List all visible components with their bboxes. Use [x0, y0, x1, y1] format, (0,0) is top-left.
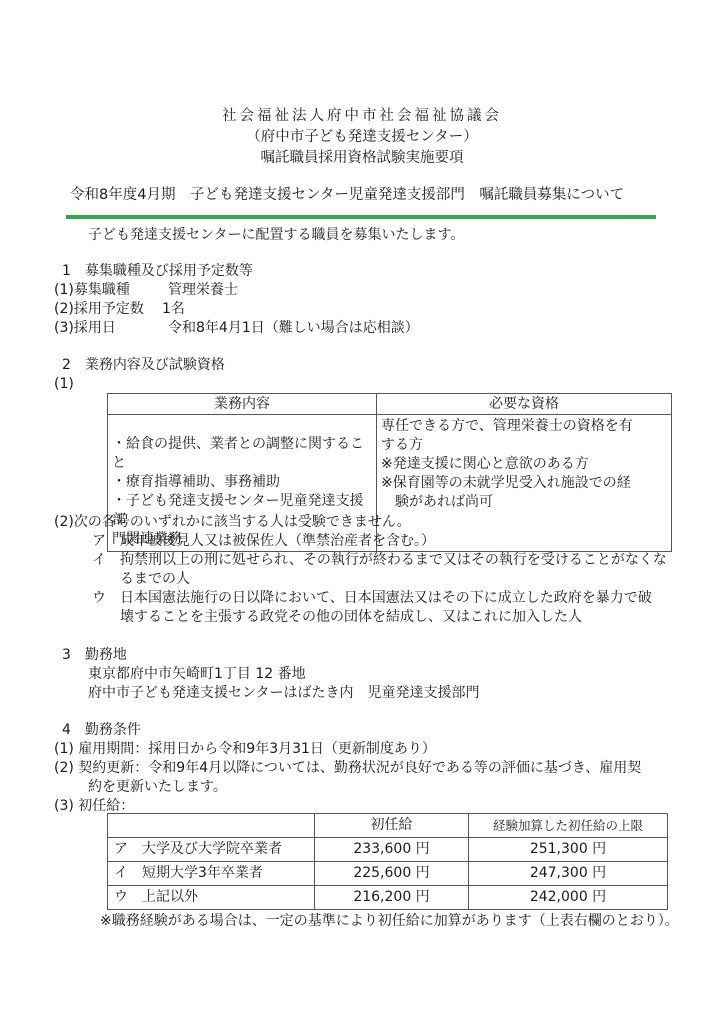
org-subname: （府中市子ども発達支援センター） — [0, 128, 724, 147]
education-label: ア 大学及び大学院卒業者 — [108, 838, 315, 862]
base-salary: 216,200 円 — [315, 886, 469, 910]
table-row: ウ 上記以外 216,200 円 242,000 円 — [108, 886, 668, 910]
section1-item-value: 管理栄養士 — [168, 281, 238, 299]
section1-heading: 1 募集職種及び採用予定数等 — [62, 262, 253, 280]
max-salary: 247,300 円 — [469, 862, 668, 886]
table-row: イ 短期大学3年卒業者 225,600 円 247,300 円 — [108, 862, 668, 886]
work-facility: 府中市子ども発達支援センターはばたき内 児童発達支援部門 — [88, 684, 479, 702]
table-header: 業務内容 — [108, 394, 377, 415]
section4-heading: 4 勤務条件 — [62, 721, 141, 739]
disqualification-continuation: るまでの人 — [120, 570, 190, 588]
org-name: 社会福祉法人府中市社会福祉協議会 — [0, 107, 724, 126]
max-salary: 251,300 円 — [469, 838, 668, 862]
disqualification-item: イ拘禁刑以上の刑に処せられ、その執行が終わるまで又はその執行を受けることがなくな — [92, 551, 667, 569]
section1-item-value: 令和8年4月1日（難しい場合は応相談） — [168, 319, 419, 337]
base-salary: 233,600 円 — [315, 838, 469, 862]
section1-item-label: (3)採用日 — [54, 319, 116, 337]
subject-line: 令和8年度4月期 子ども発達支援センター児童発達支援部門 嘱託職員募集について — [70, 186, 624, 204]
document-title: 嘱託職員採用資格試験実施要項 — [0, 149, 724, 168]
disqualification-item: ア成年被後見人又は被保佐人（準禁治産者を含む。） — [92, 532, 435, 550]
qualification-line: する方 — [381, 436, 667, 455]
qualification-line: 験があれば尚可 — [381, 493, 667, 512]
duty-line: ・給食の提供、業者との調整に関すること — [112, 435, 372, 473]
qualification-line: 専任できる方で、管理栄養士の資格を有 — [381, 417, 667, 436]
salary-table: 初任給 経験加算した初任給の上限 ア 大学及び大学院卒業者 233,600 円 … — [107, 813, 668, 910]
green-divider — [66, 215, 656, 219]
item-mark: ウ — [92, 589, 120, 607]
employment-condition: (1) 雇用期間：採用日から令和9年3月31日（更新制度あり） — [54, 740, 436, 758]
education-label: ウ 上記以外 — [108, 886, 315, 910]
table-header: 経験加算した初任給の上限 — [469, 814, 668, 838]
work-address: 東京都府中市矢崎町1丁目 12 番地 — [88, 665, 306, 683]
employment-condition-continuation: 約を更新いたします。 — [88, 778, 227, 796]
base-salary: 225,600 円 — [315, 862, 469, 886]
education-label: イ 短期大学3年卒業者 — [108, 862, 315, 886]
section1-item-label: (1)募集職種 — [54, 281, 130, 299]
section2-sub1-label: (1) — [54, 375, 74, 393]
section1-item-value: 1名 — [162, 300, 185, 318]
table-header: 必要な資格 — [377, 394, 672, 415]
section3-heading: 3 勤務地 — [62, 646, 127, 664]
item-mark: ア — [92, 532, 120, 550]
duty-line: ・療育指導補助、事務補助 — [112, 473, 372, 492]
disqualification-item: ウ日本国憲法施行の日以降において、日本国憲法又はその下に成立した政府を暴力で破 — [92, 589, 652, 607]
qualifications-cell: 専任できる方で、管理栄養士の資格を有 する方 ※発達支援に関心と意欲のある方 ※… — [377, 415, 672, 552]
item-mark: イ — [92, 551, 120, 569]
section2-heading: 2 業務内容及び試験資格 — [62, 356, 225, 374]
employment-condition: (2) 契約更新：令和9年4月以降については、勤務状況が良好である等の評価に基づ… — [54, 759, 641, 777]
table-header: 初任給 — [315, 814, 469, 838]
disqualification-continuation: 壊することを主張する政党その他の団体を結成し、又はこれに加入した人 — [120, 608, 582, 626]
table-header — [108, 814, 315, 838]
qualification-line: ※発達支援に関心と意欲のある方 — [381, 455, 667, 474]
section1-item-label: (2)採用予定数 — [54, 300, 144, 318]
max-salary: 242,000 円 — [469, 886, 668, 910]
section2-sub2-label: (2)次の各号のいずれかに該当する人は受験できません。 — [54, 513, 411, 531]
salary-note: ※職務経験がある場合は、一定の基準により初任給に加算があります（上表右欄のとおり… — [100, 912, 679, 930]
qualification-line: ※保育園等の未就学児受入れ施設での経 — [381, 474, 667, 493]
table-row: ア 大学及び大学院卒業者 233,600 円 251,300 円 — [108, 838, 668, 862]
intro-text: 子ども発達支援センターに配置する職員を募集いたします。 — [88, 226, 464, 244]
